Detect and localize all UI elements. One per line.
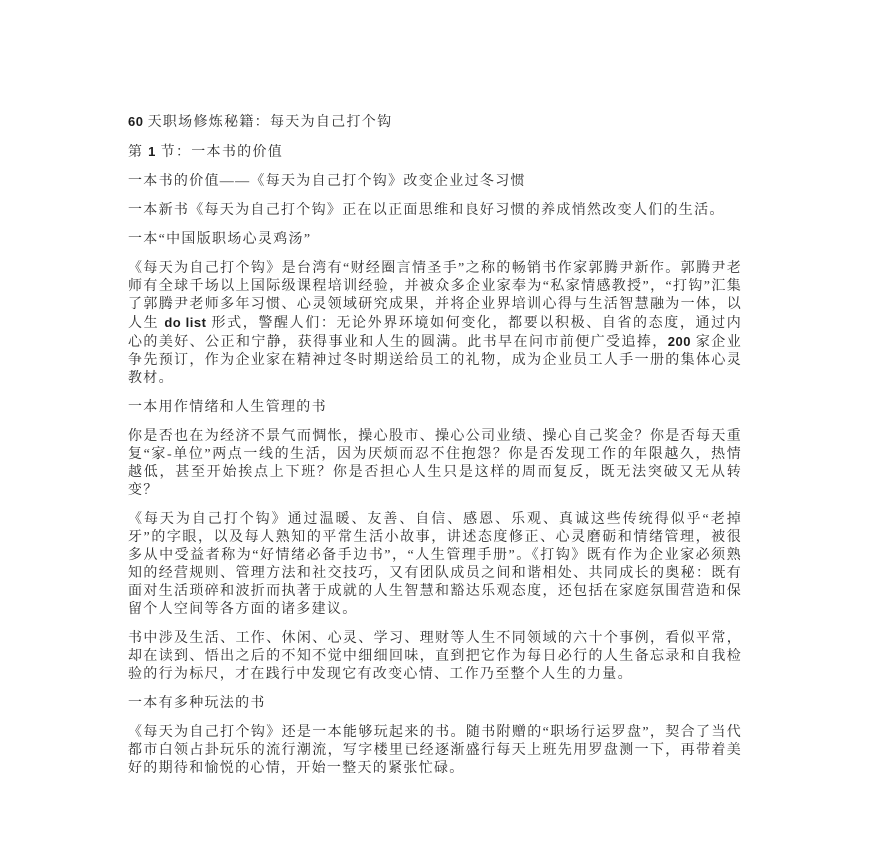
heading-multiple-ways-to-play: 一本有多种玩法的书: [128, 695, 742, 713]
document-page: 60 天职场修炼秘籍：每天为自己打个钩第 1 节：一本书的价值一本书的价值——《…: [0, 0, 870, 842]
section-heading-run-0: 第: [128, 145, 148, 160]
tagline-chicken-soup: 一本“中国版职场心灵鸡汤”: [128, 231, 742, 249]
paragraph-play-compass-run-0: 《每天为自己打个钩》还是一本能够玩起来的书。随书附赠的“职场行运罗盘”，契合了当…: [128, 725, 742, 776]
doc-title-run-1: 天职场修炼秘籍：每天为自己打个钩: [148, 115, 393, 130]
heading-emotion-management-run-0: 一本用作情绪和人生管理的书: [128, 400, 327, 415]
section-heading-run-1: 1: [148, 144, 156, 159]
paragraph-book-origin-run-2: 形式，警醒人们：无论外界环境如何变化，都要以积极、自省的态度，通过内心的美好、公…: [128, 316, 742, 350]
heading-multiple-ways-to-play-run-0: 一本有多种玩法的书: [128, 696, 266, 711]
section-heading: 第 1 节：一本书的价值: [128, 143, 742, 162]
section-heading-run-2: 节：一本书的价值: [156, 145, 283, 160]
doc-title-run-0: 60: [128, 114, 148, 129]
paragraph-play-compass: 《每天为自己打个钩》还是一本能够玩起来的书。随书附赠的“职场行运罗盘”，契合了当…: [128, 724, 742, 778]
subtitle-line-run-0: 一本书的价值——《每天为自己打个钩》改变企业过冬习惯: [128, 174, 526, 189]
intro-line-run-0: 一本新书《每天为自己打个钩》正在以正面思维和良好习惯的养成悄然改变人们的生活。: [128, 203, 725, 218]
tagline-chicken-soup-run-0: 一本“中国版职场心灵鸡汤”: [128, 232, 311, 247]
paragraph-sixty-cases: 书中涉及生活、工作、休闲、心灵、学习、理财等人生不同领域的六十个事例，看似平常，…: [128, 630, 742, 684]
paragraph-book-content-run-0: 《每天为自己打个钩》通过温暖、友善、自信、感恩、乐观、真诚这些传统得似乎“老掉牙…: [128, 512, 742, 617]
doc-title: 60 天职场修炼秘籍：每天为自己打个钩: [128, 113, 742, 132]
document-body: 60 天职场修炼秘籍：每天为自己打个钩第 1 节：一本书的价值一本书的价值——《…: [128, 113, 742, 778]
paragraph-book-origin-run-3: 200: [668, 334, 691, 349]
paragraph-book-origin-run-1: do list: [164, 315, 206, 330]
paragraph-book-content: 《每天为自己打个钩》通过温暖、友善、自信、感恩、乐观、真诚这些传统得似乎“老掉牙…: [128, 511, 742, 619]
paragraph-questions: 你是否也在为经济不景气而惆怅，操心股市、操心公司业绩、操心自己奖金？你是否每天重…: [128, 428, 742, 500]
paragraph-questions-run-0: 你是否也在为经济不景气而惆怅，操心股市、操心公司业绩、操心自己奖金？你是否每天重…: [128, 429, 742, 498]
paragraph-sixty-cases-run-0: 书中涉及生活、工作、休闲、心灵、学习、理财等人生不同领域的六十个事例，看似平常，…: [128, 631, 742, 682]
paragraph-book-origin: 《每天为自己打个钩》是台湾有“财经圈言情圣手”之称的畅销书作家郭腾尹新作。郭腾尹…: [128, 260, 742, 388]
intro-line: 一本新书《每天为自己打个钩》正在以正面思维和良好习惯的养成悄然改变人们的生活。: [128, 202, 742, 220]
heading-emotion-management: 一本用作情绪和人生管理的书: [128, 399, 742, 417]
subtitle-line: 一本书的价值——《每天为自己打个钩》改变企业过冬习惯: [128, 173, 742, 191]
